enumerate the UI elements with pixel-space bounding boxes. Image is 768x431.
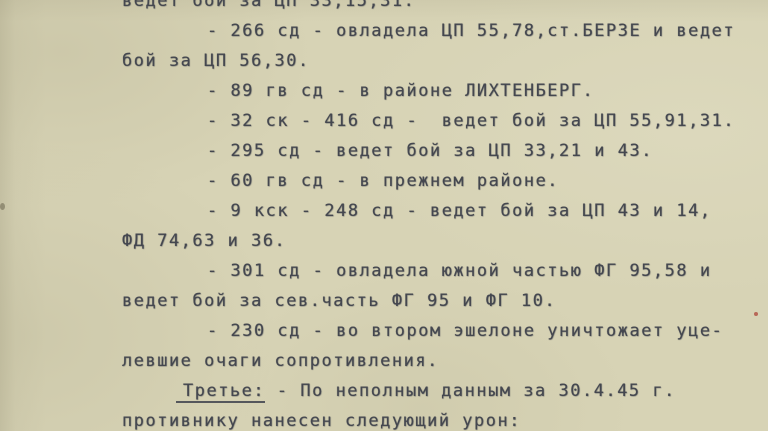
document-line: Третье: - По неполным данным за 30.4.45 … (0, 376, 768, 406)
document-line: - 60 гв сд - в прежнем районе. (0, 166, 768, 196)
document-line: - 89 гв сд - в районе ЛИХТЕНБЕРГ. (0, 76, 768, 106)
document-line: ФД 74,63 и 36. (0, 226, 768, 256)
document-line: - 266 сд - овладела ЦП 55,78,ст.БЕРЗЕ и … (0, 16, 768, 46)
document-line: левшие очаги сопротивления. (0, 346, 768, 376)
document-line: - 9 кск - 248 сд - ведет бой за ЦП 43 и … (0, 196, 768, 226)
document-line: противнику нанесен следующий урон: (0, 406, 768, 431)
paper-speck-red (754, 312, 758, 316)
document-line: - 32 ск - 416 сд - ведет бой за ЦП 55,91… (0, 106, 768, 136)
document-line: - 295 сд - ведет бой за ЦП 33,21 и 43. (0, 136, 768, 166)
line-text: - По неполным данным за 30.4.45 г. (265, 381, 676, 401)
document-line: - 230 сд - во втором эшелоне уничтожает … (0, 316, 768, 346)
document-line: - 301 сд - овладела южной частью ФГ 95,5… (0, 256, 768, 286)
typewritten-text-block: ведет бой за ЦП 33,15,31.- 266 сд - овла… (0, 0, 768, 431)
paper-speck-dark (0, 203, 5, 210)
document-line: ведет бой за ЦП 33,15,31. (0, 0, 768, 16)
document-line: бой за ЦП 56,30. (0, 46, 768, 76)
document-line: ведет бой за сев.часть ФГ 95 и ФГ 10. (0, 286, 768, 316)
underlined-heading: Третье: (176, 381, 265, 403)
document-page: ведет бой за ЦП 33,15,31.- 266 сд - овла… (0, 0, 768, 431)
